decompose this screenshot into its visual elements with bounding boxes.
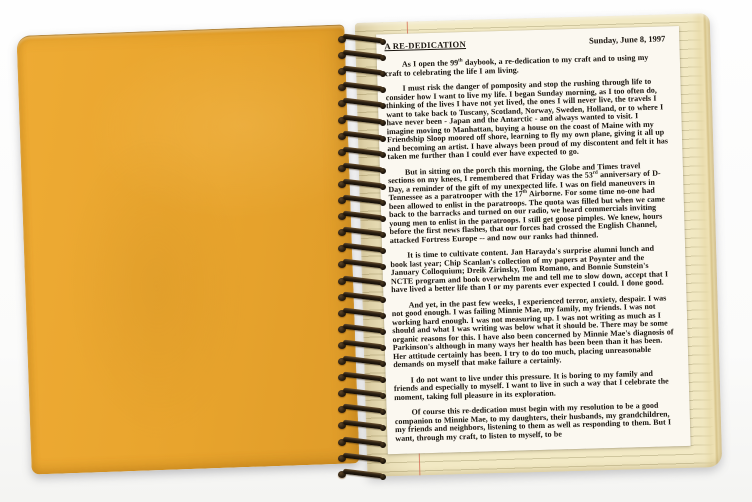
- spiral-coil: [331, 67, 387, 77]
- coil-wire: [343, 114, 383, 124]
- coil-hole-right: [380, 168, 386, 174]
- coil-hole-right: [380, 345, 386, 351]
- coil-hole-right: [380, 393, 386, 399]
- coil-hole-right: [380, 39, 386, 45]
- spiral-coil: [331, 164, 387, 174]
- coil-hole-right: [380, 71, 386, 77]
- coil-wire: [343, 98, 383, 108]
- doc-paragraph-7: Of course this re-dedication must begin …: [395, 401, 677, 443]
- coil-hole-right: [380, 152, 386, 158]
- coil-hole-right: [380, 313, 386, 319]
- spiral-coil: [331, 293, 387, 303]
- doc-date: Sunday, June 8, 1997: [589, 33, 666, 45]
- coil-hole-right: [380, 329, 386, 335]
- coil-wire: [343, 452, 383, 462]
- spiral-coil: [331, 51, 387, 61]
- coil-wire: [343, 34, 383, 44]
- coil-wire: [343, 420, 383, 430]
- spiral-coil: [331, 35, 387, 45]
- spiral-coil: [331, 454, 387, 464]
- doc-paragraph-3: But in sitting on the porch this morning…: [388, 161, 671, 245]
- spiral-coil: [331, 373, 387, 383]
- coil-hole-right: [380, 232, 386, 238]
- spiral-coil: [331, 116, 387, 126]
- coil-hole-right: [380, 55, 386, 61]
- spiral-coil: [331, 309, 387, 319]
- coil-wire: [343, 388, 383, 398]
- coil-hole-right: [380, 103, 386, 109]
- typed-sheet: A RE-DEDICATION Sunday, June 8, 1997 As …: [376, 26, 691, 454]
- doc-paragraph-4: It is time to cultivate content. Jan Har…: [390, 244, 672, 294]
- coil-wire: [343, 436, 383, 446]
- spiral-coil: [331, 260, 387, 270]
- doc-paragraph-1: As I open the 99th daybook, a re-dedicat…: [385, 53, 666, 78]
- coil-wire: [343, 162, 383, 172]
- spiral-coil: [331, 244, 387, 254]
- spiral-coil: [331, 180, 387, 190]
- doc-paragraph-2: I must risk the danger of pomposity and …: [385, 77, 668, 161]
- coil-hole-right: [380, 200, 386, 206]
- blank-cover-page: [16, 24, 359, 474]
- spiral-coil: [331, 99, 387, 109]
- spiral-coil: [331, 132, 387, 142]
- coil-hole-right: [380, 120, 386, 126]
- coil-wire: [343, 66, 383, 76]
- spiral-coil: [331, 341, 387, 351]
- coil-hole-right: [380, 442, 386, 448]
- spiral-coil: [331, 421, 387, 431]
- coil-wire: [343, 211, 383, 221]
- coil-wire: [343, 372, 383, 382]
- doc-title: A RE-DEDICATION: [384, 39, 466, 51]
- coil-hole-right: [380, 458, 386, 464]
- coil-hole-right: [380, 136, 386, 142]
- spiral-coil: [331, 470, 387, 480]
- spiral-coil: [331, 357, 387, 367]
- coil-hole-right: [380, 297, 386, 303]
- spiral-coil: [331, 148, 387, 158]
- coil-wire: [343, 468, 383, 478]
- coil-wire: [343, 323, 383, 333]
- notebook-page: A RE-DEDICATION Sunday, June 8, 1997 As …: [355, 13, 723, 477]
- doc-paragraph-6: I do not want to live under this pressur…: [394, 369, 676, 402]
- spiral-coil: [331, 83, 387, 93]
- coil-wire: [343, 50, 383, 60]
- coil-wire: [343, 130, 383, 140]
- coil-wire: [343, 339, 383, 349]
- spiral-coil: [331, 389, 387, 399]
- coil-hole-right: [380, 361, 386, 367]
- spiral-coil: [331, 277, 387, 287]
- coil-hole-right: [380, 248, 386, 254]
- coil-wire: [343, 404, 383, 414]
- coil-hole-right: [380, 264, 386, 270]
- coil-wire: [343, 195, 383, 205]
- coil-wire: [343, 356, 383, 366]
- coil-hole-right: [380, 409, 386, 415]
- coil-wire: [343, 307, 383, 317]
- coil-wire: [343, 259, 383, 269]
- spiral-coil: [331, 405, 387, 415]
- coil-wire: [343, 243, 383, 253]
- spiral-coil: [331, 196, 387, 206]
- spiral-coil: [331, 212, 387, 222]
- coil-wire: [343, 275, 383, 285]
- photo-background: A RE-DEDICATION Sunday, June 8, 1997 As …: [0, 0, 752, 502]
- coil-wire: [343, 146, 383, 156]
- spiral-coil: [331, 228, 387, 238]
- spiral-coil: [331, 438, 387, 448]
- coil-wire: [343, 178, 383, 188]
- coil-wire: [343, 291, 383, 301]
- coil-hole-right: [380, 87, 386, 93]
- coil-hole-right: [380, 474, 386, 480]
- spiral-coil: [331, 325, 387, 335]
- coil-hole-right: [380, 281, 386, 287]
- coil-hole-right: [380, 377, 386, 383]
- spiral-binding: [331, 35, 387, 487]
- doc-header: A RE-DEDICATION Sunday, June 8, 1997: [384, 33, 665, 51]
- coil-hole-right: [380, 425, 386, 431]
- coil-hole-right: [380, 216, 386, 222]
- coil-hole-right: [380, 184, 386, 190]
- doc-paragraph-5: And yet, in the past few weeks, I experi…: [392, 294, 675, 370]
- coil-wire: [343, 227, 383, 237]
- coil-wire: [343, 82, 383, 92]
